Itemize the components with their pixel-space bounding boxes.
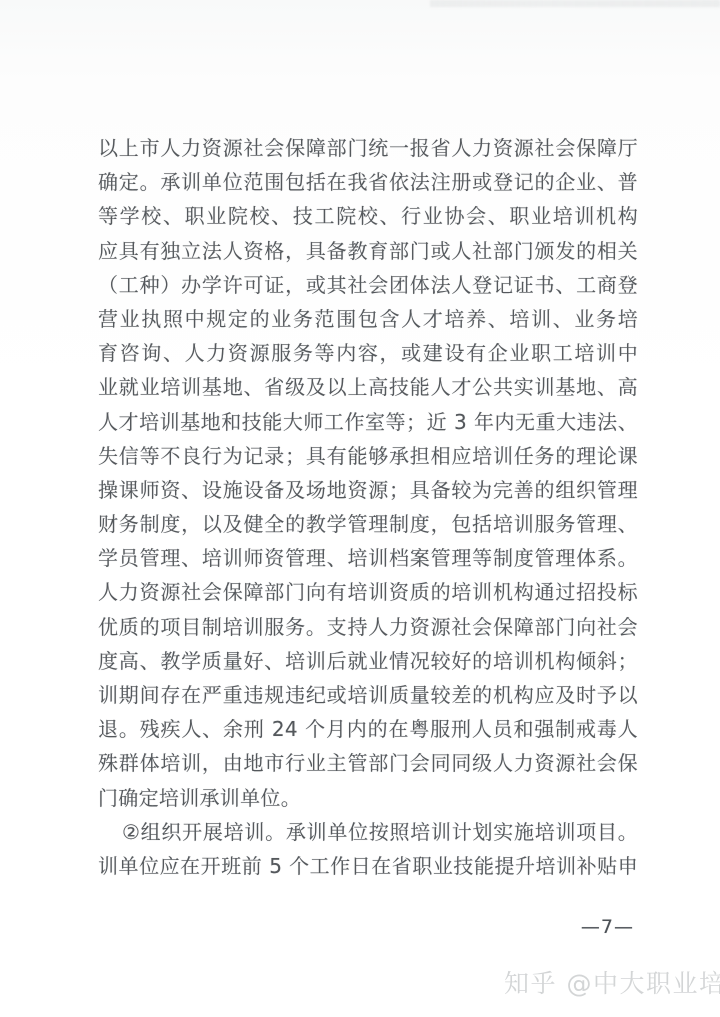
text-line: 业就业培训基地、省级及以上高技能人才公共实训基地、高技能: [98, 370, 638, 404]
text-line: 优质的项目制培训服务。支持人力资源社会保障部门向社会信誉: [98, 610, 638, 644]
document-page: 以上市人力资源社会保障部门统一报省人力资源社会保障厅备案 确定。承训单位范围包括…: [0, 0, 720, 1017]
text-line: 操课师资、设施设备及场地资源；具备较为完善的组织管理制度、: [98, 473, 638, 507]
text-line: 育咨询、人力资源服务等内容，或建设有企业职工培训中心、产: [98, 336, 638, 370]
text-line: 失信等不良行为记录；具有能够承担相应培训任务的理论课或实: [98, 439, 638, 473]
text-line: 门确定培训承训单位。: [98, 781, 638, 815]
page-number: —7—: [581, 915, 634, 939]
text-line: 财务制度，以及健全的教学管理制度，包括培训服务管理、培训: [98, 507, 638, 541]
text-line: 人力资源社会保障部门向有培训资质的培训机构通过招投标采购: [98, 575, 638, 609]
text-line: 人才培训基地和技能大师工作室等；近 3 年内无重大违法、违规、: [98, 405, 638, 439]
text-line: 应具有独立法人资格，具备教育部门或人社部门颁发的相关职业: [98, 234, 638, 268]
text-line: 殊群体培训，由地市行业主管部门会同同级人力资源社会保障部: [98, 746, 638, 780]
scan-artifact: [430, 0, 720, 7]
text-line: 营业执照中规定的业务范围包含人才培养、培训、业务培训、教: [98, 302, 638, 336]
text-line: （工种）办学许可证，或其社会团体法人登记证书、工商登记的: [98, 268, 638, 302]
text-line: 确定。承训单位范围包括在我省依法注册或登记的企业、普通高: [98, 165, 638, 199]
text-line-paragraph-start: ②组织开展培训。承训单位按照培训计划实施培训项目。承: [98, 815, 638, 849]
text-line: 训期间存在严重违规违纪或培训质量较差的机构应及时予以清: [98, 678, 638, 712]
text-line: 学员管理、培训师资管理、培训档案管理等制度管理体系。支持: [98, 541, 638, 575]
text-line: 退。残疾人、余刑 24 个月内的在粤服刑人员和强制戒毒人员等特: [98, 712, 638, 746]
text-line: 训单位应在开班前 5 个工作日在省职业技能提升培训补贴申领管: [98, 849, 638, 883]
text-line: 等学校、职业院校、技工院校、行业协会、职业培训机构等，并: [98, 199, 638, 233]
text-line: 以上市人力资源社会保障部门统一报省人力资源社会保障厅备案: [98, 131, 638, 165]
body-text: 以上市人力资源社会保障部门统一报省人力资源社会保障厅备案 确定。承训单位范围包括…: [98, 131, 638, 883]
text-line: 度高、教学质量好、培训后就业情况较好的培训机构倾斜；对承: [98, 644, 638, 678]
watermark: 知乎 @中大职业培训: [504, 969, 720, 999]
